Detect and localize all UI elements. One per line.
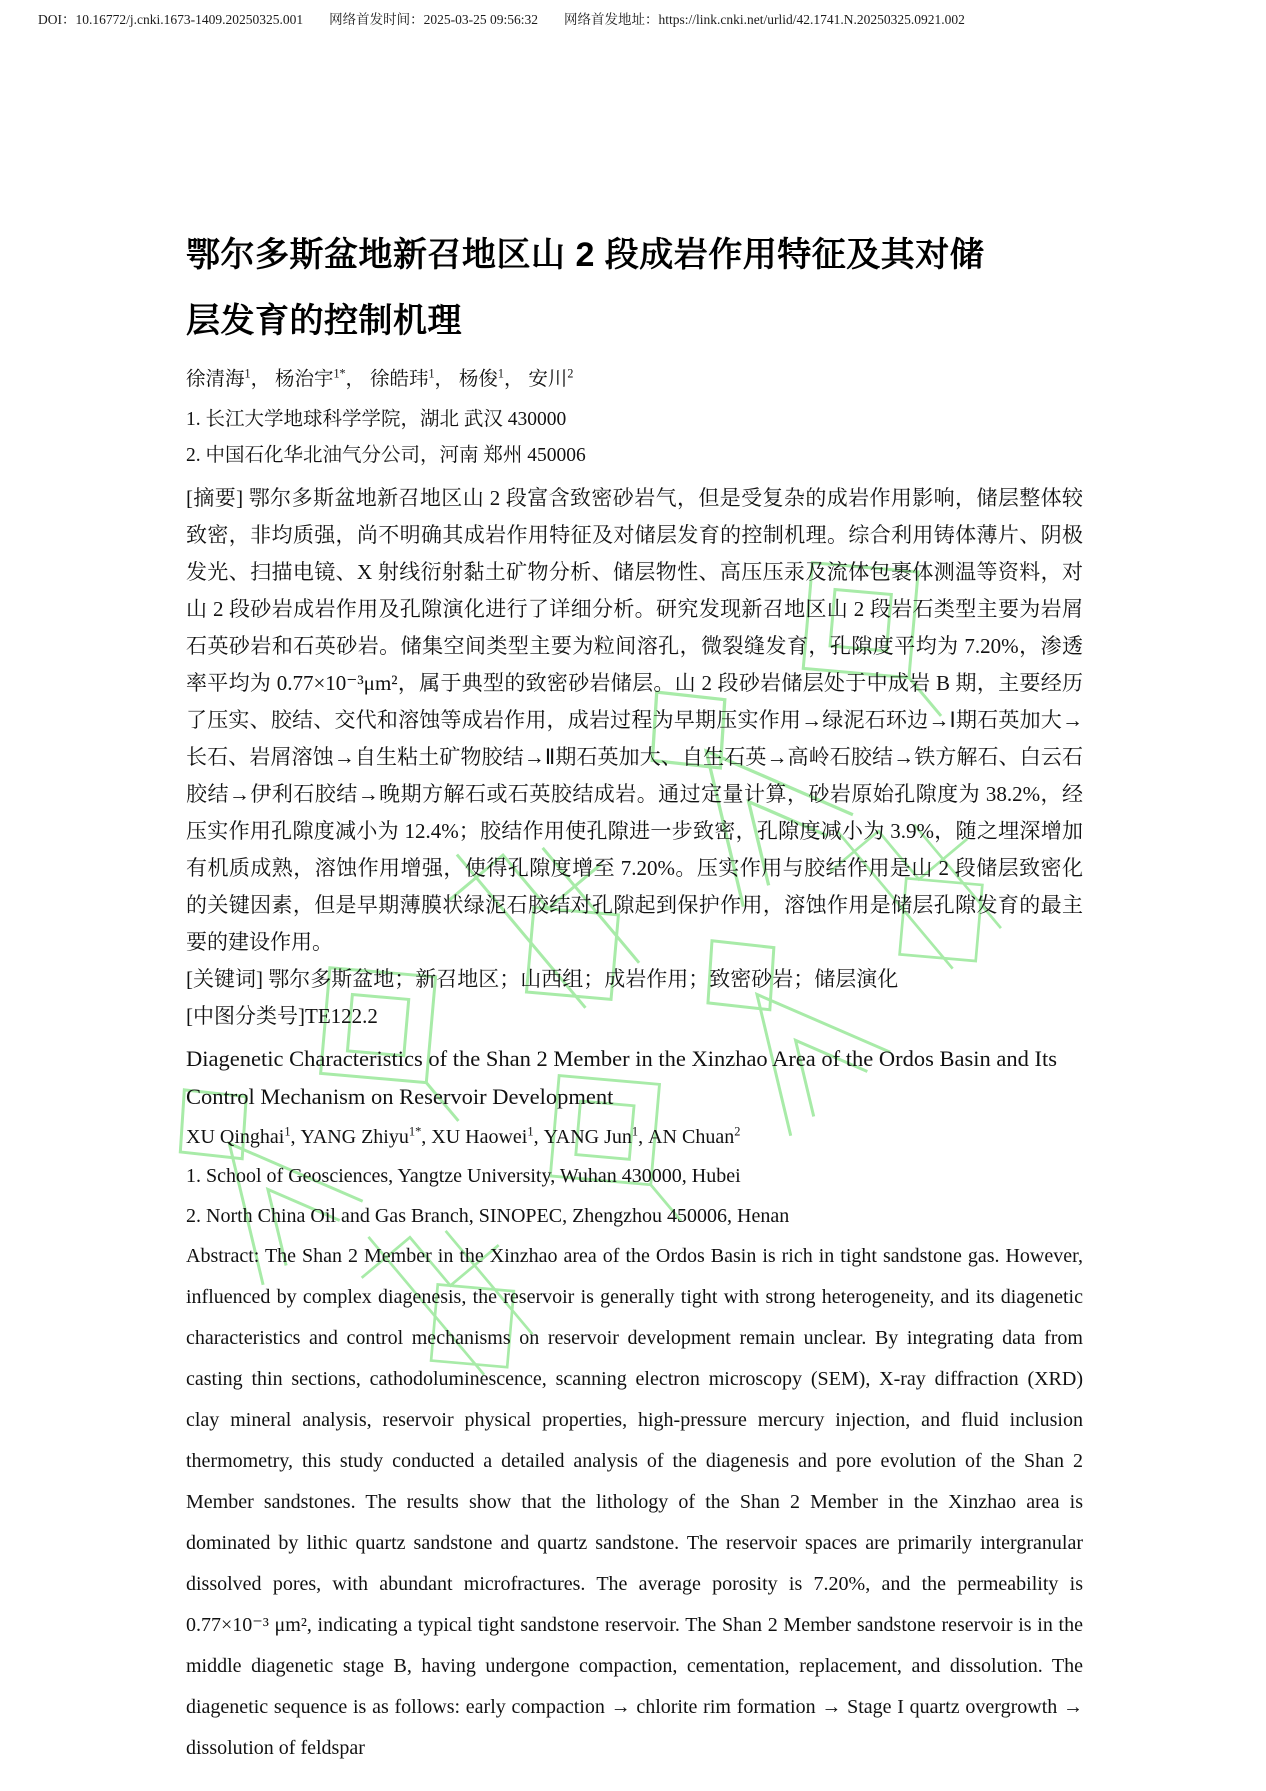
article-content: 鄂尔多斯盆地新召地区山 2 段成岩作用特征及其对储层发育的控制机理 徐清海1， … — [186, 222, 1083, 1769]
author-cn: 杨治宇1*， — [275, 369, 365, 390]
author-affiliation-mark: 2 — [734, 1124, 740, 1138]
author-cn: 安川2 — [528, 369, 573, 390]
title-en: Diagenetic Characteristics of the Shan 2… — [186, 1040, 1083, 1116]
author-cn: 徐清海1， — [186, 369, 270, 390]
abstract-cn: [摘要] 鄂尔多斯盆地新召地区山 2 段富含致密砂岩气，但是受复杂的成岩作用影响… — [186, 480, 1083, 961]
doi-text: DOI：10.16772/j.cnki.1673-1409.20250325.0… — [38, 8, 303, 28]
author-en: XU Haowei1, — [431, 1126, 543, 1148]
author-cn: 徐皓玮1， — [370, 369, 454, 390]
author-affiliation-mark: 1* — [409, 1124, 421, 1138]
affiliation-cn-1: 1. 长江大学地球科学学院，湖北 武汉 430000 — [186, 402, 1083, 438]
affiliation-cn-2: 2. 中国石化华北油气分公司，河南 郑州 450006 — [186, 438, 1083, 474]
authors-en: XU Qinghai1, YANG Zhiyu1*, XU Haowei1, Y… — [186, 1118, 1083, 1156]
keywords-cn: [关键词] 鄂尔多斯盆地；新召地区；山西组；成岩作用；致密砂岩；储层演化 — [186, 961, 1083, 998]
title-cn: 鄂尔多斯盆地新召地区山 2 段成岩作用特征及其对储层发育的控制机理 — [186, 222, 1016, 354]
author-affiliation-mark: 2 — [567, 367, 573, 381]
author-en: YANG Zhiyu1*, — [301, 1126, 432, 1148]
affiliation-en-2: 2. North China Oil and Gas Branch, SINOP… — [186, 1196, 1083, 1236]
affiliation-en-1: 1. School of Geosciences, Yangtze Univer… — [186, 1156, 1083, 1196]
author-en: AN Chuan2 — [648, 1126, 740, 1148]
author-en: YANG Jun1, — [544, 1126, 649, 1148]
paper-page: DOI：10.16772/j.cnki.1673-1409.20250325.0… — [0, 0, 1266, 1791]
clc-number: [中图分类号]TE122.2 — [186, 998, 1083, 1035]
first-publication-header: DOI：10.16772/j.cnki.1673-1409.20250325.0… — [38, 8, 965, 28]
publish-time-text: 网络首发时间：2025-03-25 09:56:32 — [329, 8, 538, 28]
author-cn: 杨俊1， — [459, 369, 524, 390]
abstract-en: Abstract: The Shan 2 Member in the Xinzh… — [186, 1236, 1083, 1769]
author-affiliation-mark: 1* — [333, 367, 345, 381]
author-en: XU Qinghai1, — [186, 1126, 301, 1148]
publish-url-text: 网络首发地址：https://link.cnki.net/urlid/42.17… — [564, 8, 965, 28]
authors-cn: 徐清海1， 杨治宇1*， 徐皓玮1， 杨俊1， 安川2 — [186, 364, 1083, 396]
